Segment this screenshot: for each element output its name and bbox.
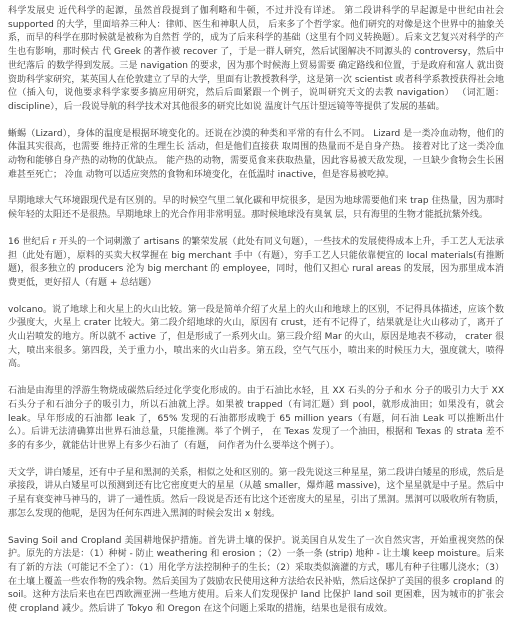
- paragraph-astronomy: 天文学，讲白矮星，还有中子星和黑洞的关系，相似之处和区别的。第一段先说这三种星星…: [8, 467, 504, 522]
- paragraph-petroleum: 石油是由海里的浮游生物烧成碳然后经过化学变化形成的。由于石油比水轻，且 XX 石…: [8, 385, 504, 454]
- paragraph-science-history: 科学发展史 近代科学的起源，虽然首段提到了伽利略和牛顿，不过并没有详述。 第二段…: [8, 5, 504, 115]
- document-page: 科学发展史 近代科学的起源，虽然首段提到了伽利略和牛顿，不过并没有详述。 第二段…: [0, 0, 512, 634]
- paragraph-saving-soil-cropland: Saving Soil and Cropland 美国耕地保护措施。首先讲土壤的…: [8, 535, 504, 617]
- paragraph-early-earth-atmosphere: 早期地球大气环境跟现代是有区别的。早的时候空气里二氧化碳和甲烷很多，是因为地球需…: [8, 195, 504, 222]
- paragraph-lizard: 蜥蜴（Lizard），身体的温度是根据环境变化的。还说在沙漠的种类和平常的有什么…: [8, 128, 504, 183]
- paragraph-artisans-16th-century: 16 世纪后 r 开头的一个词刺激了 artisans 的繁荣发展（此处有同义句…: [8, 236, 504, 291]
- paragraph-volcano: volcano。说了地球上和火星上的火山比较。第一段是简单介绍了火星上的火山和地…: [8, 304, 504, 373]
